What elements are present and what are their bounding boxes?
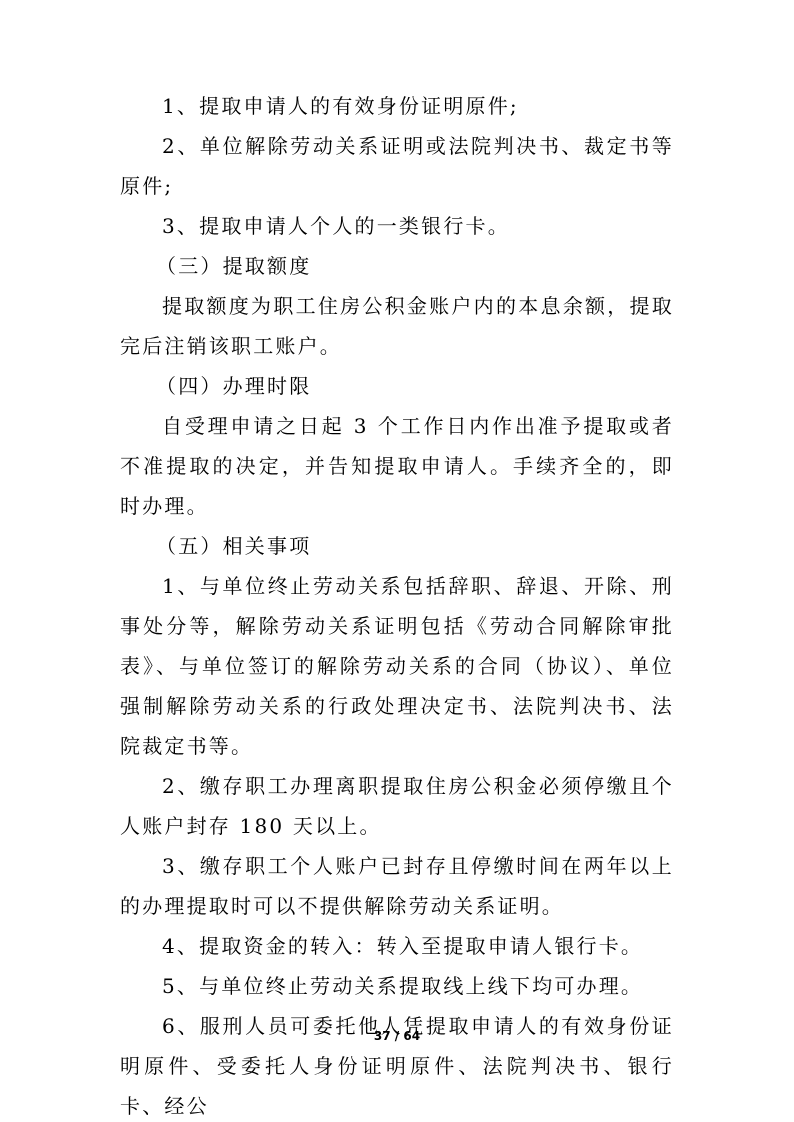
requirement-item-2: 2、单位解除劳动关系证明或法院判决书、裁定书等原件; bbox=[120, 126, 674, 206]
requirement-item-1: 1、提取申请人的有效身份证明原件; bbox=[120, 86, 674, 126]
document-page: 1、提取申请人的有效身份证明原件; 2、单位解除劳动关系证明或法院判决书、裁定书… bbox=[120, 86, 674, 1122]
related-matter-item-2: 2、缴存职工办理离职提取住房公积金必须停缴且个人账户封存 180 天以上。 bbox=[120, 766, 674, 846]
related-matter-item-3: 3、缴存职工个人账户已封存且停缴时间在两年以上的办理提取时可以不提供解除劳动关系… bbox=[120, 846, 674, 926]
section-heading-related-matters: （五）相关事项 bbox=[120, 526, 674, 566]
related-matter-item-4: 4、提取资金的转入：转入至提取申请人银行卡。 bbox=[120, 926, 674, 966]
related-matter-item-1: 1、与单位终止劳动关系包括辞职、辞退、开除、刑事处分等，解除劳动关系证明包括《劳… bbox=[120, 566, 674, 766]
related-matter-item-6: 6、服刑人员可委托他人凭提取申请人的有效身份证明原件、受委托人身份证明原件、法院… bbox=[120, 1006, 674, 1122]
section-heading-withdrawal-amount: （三）提取额度 bbox=[120, 246, 674, 286]
processing-time-paragraph: 自受理申请之日起 3 个工作日内作出准予提取或者不准提取的决定，并告知提取申请人… bbox=[120, 406, 674, 526]
section-heading-processing-time: （四）办理时限 bbox=[120, 366, 674, 406]
page-number: 37 / 64 bbox=[0, 1029, 794, 1043]
requirement-item-3: 3、提取申请人个人的一类银行卡。 bbox=[120, 206, 674, 246]
withdrawal-amount-paragraph: 提取额度为职工住房公积金账户内的本息余额，提取完后注销该职工账户。 bbox=[120, 286, 674, 366]
related-matter-item-5: 5、与单位终止劳动关系提取线上线下均可办理。 bbox=[120, 966, 674, 1006]
